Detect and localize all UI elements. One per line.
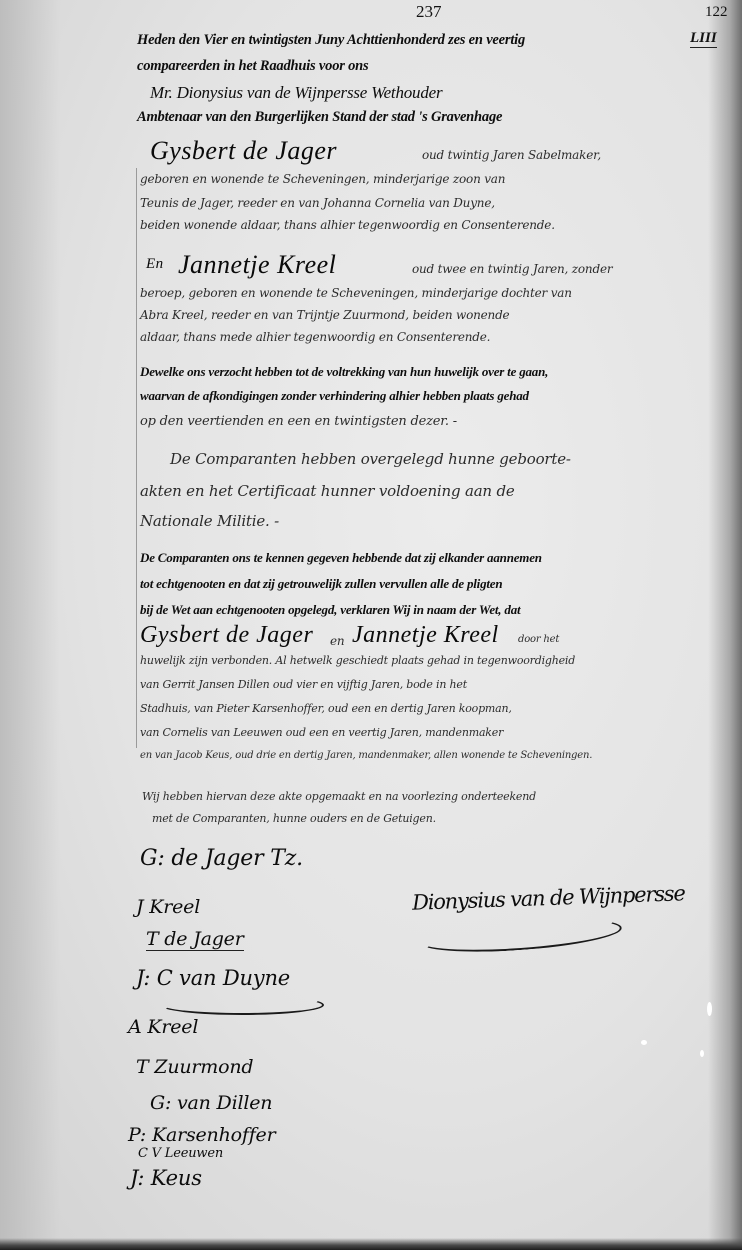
page-edge-bottom — [0, 1238, 742, 1250]
bride-line-1: oud twee en twintig Jaren, zonder — [412, 262, 612, 276]
signature-witness-1: G: van Dillen — [150, 1092, 272, 1114]
folio-number: 122 — [705, 4, 728, 21]
declaration-tail: door het — [518, 634, 559, 645]
signature-witness-2: P: Karsenhoffer — [128, 1124, 275, 1146]
request-line-3: op den veertienden en een en twintigsten… — [140, 414, 457, 429]
opening-line-2: compareerden in het Raadhuis voor ons — [137, 58, 368, 75]
witness-line-4: van Cornelis van Leeuwen oud een en veer… — [140, 726, 503, 739]
signature-bride-mother: T Zuurmond — [136, 1056, 253, 1078]
act-number: LIII — [690, 30, 717, 48]
groom-name: Gysbert de Jager — [150, 136, 337, 166]
page-number: 237 — [416, 2, 442, 22]
declaration-and: en — [330, 634, 344, 648]
bride-name: Jannetje Kreel — [178, 250, 336, 280]
signature-witness-3: C V Leeuwen — [138, 1146, 223, 1161]
scan-artifact — [707, 1002, 712, 1016]
official-name-line: Mr. Dionysius van de Wijnpersse Wethoude… — [150, 83, 442, 103]
groom-line-4: beiden wonende aldaar, thans alhier tege… — [140, 218, 555, 232]
documents-line-3: Nationale Militie. - — [140, 512, 279, 530]
opening-line-1: Heden den Vier en twintigsten Juny Achtt… — [137, 32, 525, 49]
closing-line-2: met de Comparanten, hunne ouders en de G… — [152, 812, 436, 825]
witness-line-3: Stadhuis, van Pieter Karsenhoffer, oud e… — [140, 702, 512, 715]
bleed-through-text: ​ — [418, 960, 422, 986]
declaration-line-2: tot echtgenooten en dat zij getrouwelijk… — [140, 576, 502, 592]
witness-line-5: en van Jacob Keus, oud drie en dertig Ja… — [140, 750, 592, 761]
request-line-2: waarvan de afkondigingen zonder verhinde… — [140, 388, 529, 404]
declaration-bride-name: Jannetje Kreel — [352, 622, 499, 649]
signature-witness-4: J: Keus — [130, 1166, 202, 1190]
closing-line-1: Wij hebben hiervan deze akte opgemaakt e… — [142, 790, 536, 803]
documents-line-1: De Comparanten hebben overgelegd hunne g… — [170, 450, 571, 468]
bride-line-3: Abra Kreel, reeder en van Trijntje Zuurm… — [140, 308, 509, 322]
signature-bride-father: A Kreel — [128, 1016, 198, 1038]
request-line-1: Dewelke ons verzocht hebben tot de voltr… — [140, 364, 548, 380]
groom-line-3: Teunis de Jager, reeder en van Johanna C… — [140, 196, 495, 210]
groom-line-2: geboren en wonende te Scheveningen, mind… — [140, 172, 505, 186]
signature-groom: G: de Jager Tz. — [140, 846, 303, 871]
bride-line-4: aldaar, thans mede alhier tegenwoordig e… — [140, 330, 490, 344]
declaration-groom-name: Gysbert de Jager — [140, 622, 313, 649]
signature-groom-mother: J: C van Duyne — [136, 966, 290, 990]
signature-bride: J Kreel — [136, 896, 200, 918]
witness-line-2: van Gerrit Jansen Dillen oud vier en vij… — [140, 678, 467, 691]
declaration-line-1: De Comparanten ons te kennen gegeven heb… — [140, 550, 542, 566]
scan-artifact — [641, 1040, 647, 1045]
page-binding-shadow-right — [708, 0, 742, 1250]
margin-rule-line — [136, 168, 137, 748]
witness-line-1: huwelijk zijn verbonden. Al hetwelk gesc… — [140, 654, 575, 667]
signature-groom-father: T de Jager — [146, 928, 244, 951]
official-title-line: Ambtenaar van den Burgerlijken Stand der… — [137, 109, 502, 126]
groom-line-1: oud twintig Jaren Sabelmaker, — [422, 148, 601, 162]
scanned-register-page: ​ 237 122 LIII Heden den Vier en twintig… — [0, 0, 742, 1250]
bride-line-2: beroep, geboren en wonende te Schevening… — [140, 286, 572, 300]
signature-flourish-2 — [160, 995, 324, 1015]
signature-flourish — [417, 913, 623, 957]
signature-official: Dionysius van de Wijnpersse — [412, 881, 685, 915]
page-shadow-left — [0, 0, 60, 1250]
scan-artifact — [700, 1050, 704, 1057]
documents-line-2: akten en het Certificaat hunner voldoeni… — [140, 482, 515, 500]
bride-prefix: En — [146, 256, 164, 273]
declaration-line-3: bij de Wet aan echtgenooten opgelegd, ve… — [140, 602, 520, 618]
